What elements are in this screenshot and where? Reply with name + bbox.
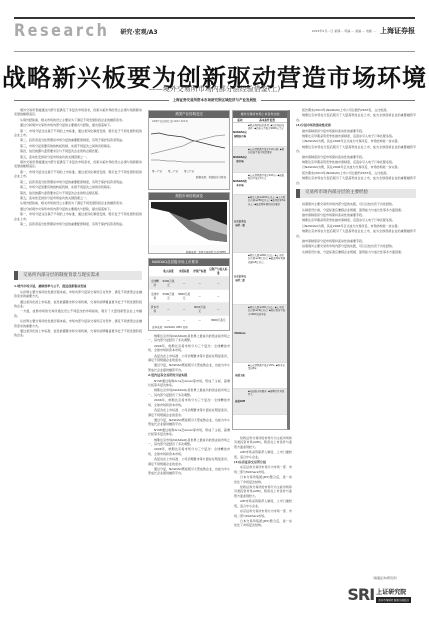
- paragraph: 2006年，纳斯达克将市场分为三个层次：全球精选市场、全球市场和资本市场。: [148, 344, 230, 353]
- column-3: 伦敦证券交易所的市场分为主板市场和另类投资市场(AIM)，两者在上市条件与监管方…: [234, 436, 292, 619]
- req-row: NASDAQ全球精选市场◆税前利润满足条件; ◆总市值满足条件; ◆总收入不低于…: [233, 123, 287, 147]
- listing-requirements-box: 境外交易所市场上市条件比较 板块 基本条件设置 NASDAQ全球精选市场◆税前利…: [232, 110, 290, 430]
- paragraph: 第三，市场分层需要有效的转板机制，实现不同层次之间的有机联系。: [14, 185, 142, 189]
- paragraph: 从制度设计看，分层标准应兼顾企业规模、盈利能力与成长性等多方面因素。: [296, 250, 416, 254]
- line-chart: [149, 124, 229, 164]
- req-row: 东京证券交易所二部◆股东人数≥800人以上; ◆上市时总市值≥20亿日元; ◆最…: [233, 253, 287, 305]
- sri-mark: SRI: [347, 585, 374, 604]
- column-1: 境外交易所普遍通过内部分层满足了多层次市场需求，但新兴板市场的设立必须与创新驱动…: [14, 108, 142, 618]
- masthead-divider: [14, 51, 415, 52]
- paragraph: 从世界主要交易所的发展历程来看，市场内部分层是交易所应对竞争、满足不同类型企业融…: [14, 290, 142, 299]
- paragraph: 纵观境外主要交易所市场内部分层的实践，可以总结出若干共性经验。: [296, 244, 416, 248]
- table-row: 全球市场5500万美元8500万美元——: [149, 290, 229, 303]
- paragraph: NYSE通过收购Arca及Amex等市场，形成了主板、高增长板等多层次体系。: [148, 379, 230, 388]
- section-heading: 交易所内部分层的制度背景与现实需求: [14, 271, 142, 280]
- top-rule: [14, 17, 415, 19]
- paragraph: 第三，市场分层需要有效的转板机制，实现不同层次之间的有机联系。: [14, 144, 142, 148]
- table-title: NASDAQ各层级市场上市要求: [149, 259, 229, 266]
- masthead: Research 研究·宏观/A3 2023年5月…日 星期… 责编 … 美编 …: [14, 22, 415, 40]
- paragraph: 第四，信息披露与监管要求应与不同层次企业的特点相匹配。: [14, 149, 142, 153]
- byline-rule-right: [261, 100, 416, 101]
- paragraph: 通过分层，NASDAQ既能吸引大型成熟企业，也能为中小型成长企业提供融资平台。: [148, 467, 230, 476]
- req-row: 东京证券交易所一部◆股东人数≥2200人以上; ◆上市时总市值≥250亿日元; …: [233, 195, 287, 253]
- paragraph: 伦敦证券交易所的市场分为主板市场和另类投资市场(AIM)，两者在上市条件与监管方…: [234, 485, 292, 498]
- paper-name: 上海证券报: [380, 26, 415, 36]
- paragraph: 第二，投资者适当性管理是市场分层的重要配套制度，有利于保护投资者利益。: [14, 180, 142, 184]
- chart-industry-structure: 美国产业结构变迁 GDP产业结构比重(1947-2013) 第一产业 第二产业 …: [148, 110, 230, 190]
- table-source: 资料来源：NASDAQ OMX 官网: [149, 324, 229, 330]
- paragraph: 第二，投资者适当性管理是市场分层的重要配套制度，有利于保护投资者利益。: [14, 222, 142, 226]
- logo-tagline: 资本市场研究 服务实体经济: [376, 597, 411, 603]
- paragraph: 从制度设计看，分层标准应兼顾企业规模、盈利能力与成长性等多方面因素。: [296, 208, 416, 212]
- paragraph: 纳斯达克市场在分层后吸引了大量高科技企业上市，成为全球创新企业的重要融资平台。: [296, 229, 416, 238]
- chart-title: 美国产业结构变迁: [149, 111, 229, 118]
- paragraph: 第五，流动性安排是分层市场成功的关键因素之一。: [14, 196, 142, 200]
- paragraph: 通过差异化的上市标准、信息披露要求和交易机制，交易所能够覆盖更多处于不同发展阶段…: [14, 329, 142, 338]
- sri-logo: SRI 上证研究院 资本市场研究 服务实体经济: [347, 585, 411, 604]
- paragraph: 做市商制度是分层市场保持流动性的重要手段。: [296, 129, 416, 133]
- paragraph: 各层次在上市标准、公司治理要求等方面存在明显差异，满足不同规模企业的需求。: [148, 354, 230, 363]
- paragraph: 日本交易所集团(JPX)整合后，进一步优化了市场层次结构。: [234, 519, 292, 528]
- chart-source: 数据来源：世界交易所联合会(WFE): [149, 249, 229, 255]
- subheading: (3)东京证券交易所分层: [234, 460, 292, 464]
- paragraph: 纳斯达克市场在分层后吸引了大量高科技企业上市，成为全球创新企业的重要融资平台。: [296, 145, 416, 154]
- paragraph: 第五，流动性安排是分层市场成功的关键因素之一。: [14, 155, 142, 159]
- paragraph: AIM市场采用保荐人制度，上市门槛较低，适合中小企业。: [234, 450, 292, 459]
- paragraph: NYSE通过收购Arca及Amex等市场，形成了主板、高增长板等多层次体系。: [148, 428, 230, 437]
- paragraph: 通过分层，NASDAQ既能吸引大型成熟企业，也能为中小型成长企业提供融资平台。: [148, 363, 230, 372]
- req-row: 伦敦主板◆公众持股数不低于25%; ◆营业记录满3年: [233, 363, 287, 389]
- paragraph: 2006年，纳斯达克将市场分为三个层次：全球精选市场、全球市场和资本市场。: [148, 447, 230, 456]
- logo-name: 上证研究院: [376, 587, 411, 596]
- paragraph: 境外交易所普遍通过内部分层满足了多层次市场需求，但新兴板市场的设立必须与创新驱动…: [14, 108, 142, 117]
- paragraph: 纳斯达克早期采用竞争性做市商制度，后逐步引入电子订单匹配系统。: [296, 218, 416, 222]
- section-label: 研究·宏观/A3: [120, 27, 157, 36]
- subheading: 2.纽约证券交易所的分层实践: [148, 373, 230, 377]
- subtitle: ——境外交易所市场内部分层经验借鉴(上): [0, 84, 429, 94]
- paragraph: 通过分析境外交易所市场内部分层的主要模式与经验，提出借鉴如下。: [14, 123, 142, 127]
- table-row: 全球精选9000万美元———: [149, 277, 229, 290]
- paragraph: 以NASDAQ为例，其在2006年正式成为交易所后，市场结构进一步完善。: [296, 139, 416, 143]
- column-2: 纳斯达克市场(NASDAQ)是世界上最成功的创业板市场之一，其内部分层经历了多次…: [148, 334, 230, 619]
- paragraph: 第一，市场分层往往基于不同的上市标准，通过差异化制度安排，吸引处于不同发展阶段的…: [14, 129, 142, 138]
- box-title: 境外交易所市场上市条件比较: [233, 111, 287, 118]
- paragraph: 一方面，成熟市场的交易所通过设立不同层次的市场板块，吸引了大量创新型企业上市融资…: [14, 309, 142, 318]
- paragraph: 以NASDAQ为例，其在2006年正式成为交易所后，市场结构进一步完善。: [296, 165, 416, 169]
- byline: 上海证券交易所资本市场研究所区域经济与产业发展组: [169, 98, 261, 103]
- paragraph: 东京证券交易所市场分为市场一部、市场二部与Mothers市场。: [234, 465, 292, 474]
- chart-source: 数据来源：美国经济分析局: [149, 174, 229, 180]
- paragraph: 报告期末(2013年)NASDAQ上市公司总数约2637家，占比较高。: [296, 108, 416, 112]
- req-row: NASDAQ资本市场◆公众持股数不低于100万; ◆最低股价不低于4美元: [233, 173, 287, 195]
- paragraph: 纳斯达克市场(NASDAQ)是世界上最成功的创业板市场之一，其内部分层经历了多次…: [148, 388, 230, 397]
- paragraph: 各层次在上市标准、公司治理要求等方面存在明显差异，满足不同规模企业的需求。: [148, 408, 230, 417]
- paragraph: 纳斯达克早期采用竞争性做市商制度，后逐步引入电子订单匹配系统。: [296, 134, 416, 138]
- paragraph: 境外交易所普遍通过内部分层满足了多层次市场需求，但新兴板市场的设立必须与创新驱动…: [14, 160, 142, 169]
- area-chart: [149, 200, 229, 245]
- paragraph: 通过分析境外交易所市场内部分层的主要模式与经验，提出借鉴如下。: [14, 207, 142, 211]
- paragraph: 以NASDAQ为例，其在2006年正式成为交易所后，市场结构进一步完善。: [296, 224, 416, 228]
- paragraph: 纵观境外主要交易所市场内部分层的实践，可以总结出若干共性经验。: [296, 202, 416, 206]
- heading-bar: [14, 271, 18, 280]
- req-row: 伦敦AIM◆无最低市值要求; ◆需聘任终身保荐人: [233, 389, 287, 415]
- paragraph: 第二，投资者适当性管理是市场分层的重要配套制度，有利于保护投资者利益。: [14, 138, 142, 142]
- paragraph: 东京证券交易所市场分为市场一部、市场二部与Mothers市场。: [234, 509, 292, 518]
- paragraph: 各层次在上市标准、公司治理要求等方面存在明显差异，满足不同规模企业的需求。: [148, 457, 230, 466]
- paragraph: 从境外经验看，相关市场的设立主要是为了满足不同发展阶段企业的融资需求。: [14, 201, 142, 205]
- req-row: NASDAQ全球市场◆公众持股数不低于110万股; ◆股东权益不低于规定要求: [233, 147, 287, 173]
- dateline: 2023年5月…日 星期… 责编 … 美编 … 电邮 …: [312, 29, 376, 33]
- paragraph: 纳斯达克市场(NASDAQ)是世界上最成功的创业板市场之一，其内部分层经历了多次…: [148, 334, 230, 343]
- paragraph: 做市商制度是分层市场保持流动性的重要手段。: [296, 155, 416, 159]
- paragraph: 伦敦证券交易所的市场分为主板市场和另类投资市场(AIM)，两者在上市条件与监管方…: [234, 436, 292, 449]
- paragraph: 第一，市场分层往往基于不同的上市标准，通过差异化制度安排，吸引处于不同发展阶段的…: [14, 170, 142, 179]
- paragraph: 通过差异化的上市标准、信息披露要求和交易机制，交易所能够覆盖更多处于不同发展阶段…: [14, 300, 142, 309]
- paragraph: 纳斯达克市场在分层后吸引了大量高科技企业上市，成为全球创新企业的重要融资平台。: [296, 176, 416, 185]
- byline-row: 上海证券交易所资本市场研究所区域经济与产业发展组: [14, 97, 415, 103]
- paragraph: AIM市场采用保荐人制度，上市门槛较低，适合中小企业。: [234, 499, 292, 508]
- paragraph: 从世界主要交易所的发展历程来看，市场内部分层是交易所应对竞争、满足不同类型企业融…: [14, 319, 142, 328]
- paragraph: 通过分层，NASDAQ既能吸引大型成熟企业，也能为中小型成长企业提供融资平台。: [148, 418, 230, 427]
- section-heading: 交易所市场内部分层的主要经验: [296, 189, 416, 198]
- chart-title: 美股市场结构演变: [149, 193, 229, 200]
- paragraph: 日本交易所集团(JPX)整合后，进一步优化了市场层次结构。: [234, 475, 292, 484]
- subheading: (4)分层市场的流动性安排: [296, 123, 416, 127]
- column-4: 报告期末(2013年)NASDAQ上市公司总数约2637家，占比较高。 纳斯达克…: [296, 108, 416, 578]
- table-row: 资本市场——9000万美元—: [149, 303, 229, 316]
- nasdaq-requirements-table: NASDAQ各层级市场上市要求 收入标准 市值标准 净资产标准 总资产与收入标准…: [148, 258, 230, 331]
- req-row: Mothers◆股东人数≥200人以上; ◆上市时总市值≥10亿日元; ◆发行股…: [233, 305, 287, 363]
- byline-rule-left: [14, 100, 169, 101]
- paragraph: 做市商制度是分层市场保持流动性的重要手段。: [296, 239, 416, 243]
- table-header-row: 收入标准 市值标准 净资产标准 总资产与收入标准: [149, 266, 229, 277]
- author-note: （海通证券/研究所）: [371, 576, 399, 580]
- paragraph: 报告期末(2013年)NASDAQ上市公司总数约2637家，占比较高。: [296, 171, 416, 175]
- heading-bar: [296, 189, 300, 198]
- paragraph: 纳斯达克市场(NASDAQ)是世界上最成功的创业板市场之一，其内部分层经历了多次…: [148, 438, 230, 447]
- brand-research: Research: [14, 21, 109, 41]
- paragraph: 做市商制度是分层市场保持流动性的重要手段。: [296, 213, 416, 217]
- subheading: 1.境外市场分层，兼顾效率与公平，推进创新驱动发展: [14, 284, 142, 288]
- paragraph: 第一，市场分层往往基于不同的上市标准，通过差异化制度安排，吸引处于不同发展阶段的…: [14, 212, 142, 221]
- chart-market-structure: 美股市场结构演变 数据来源：世界交易所联合会(WFE): [148, 192, 230, 254]
- table-row: ———8000万美元: [149, 316, 229, 325]
- paragraph: 2006年，纳斯达克将市场分为三个层次：全球精选市场、全球市场和资本市场。: [148, 398, 230, 407]
- paragraph: 纳斯达克市场在分层后吸引了大量高科技企业上市，成为全球创新企业的重要融资平台。: [296, 113, 416, 122]
- paragraph: 第四，信息披露与监管要求应与不同层次企业的特点相匹配。: [14, 191, 142, 195]
- paragraph: 从境外经验看，相关市场的设立主要是为了满足不同发展阶段企业的融资需求。: [14, 118, 142, 122]
- paragraph: 纳斯达克早期采用竞争性做市商制度，后逐步引入电子订单匹配系统。: [296, 160, 416, 164]
